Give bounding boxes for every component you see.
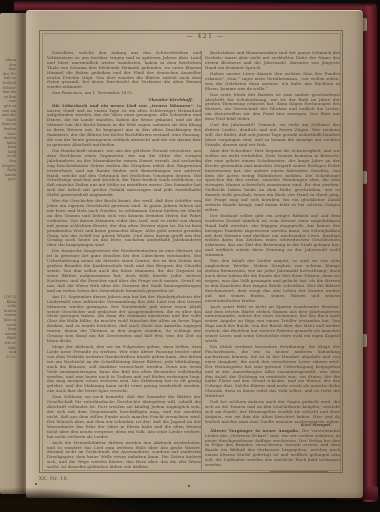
body-paragraph: Wer die Geschichte der Bucht kennt, der … — [47, 199, 201, 248]
page-curl-shadow — [0, 488, 150, 512]
body-paragraph: Am 12. September dieses Jahres nun hat b… — [47, 295, 201, 344]
body-paragraph: Aber der Schreiber! Hier beginnt die Sch… — [205, 149, 340, 213]
body-paragraph: Daß bei solchem Anlasse auch der Sagen g… — [205, 400, 340, 422]
dust-speck — [188, 485, 190, 487]
article-end-rule — [270, 471, 328, 472]
article-heading-paragraph: Die Lübeckach und ein neues Lied von „tr… — [47, 104, 201, 148]
body-paragraph: Buchstaben und Blumenranken sind der gan… — [205, 51, 340, 71]
dateline: San Francisco, am 1. November 1872. — [47, 91, 201, 96]
article-lead-text: In unsrer Stadt und an einem Tage ist ei… — [47, 103, 201, 147]
body-paragraph: Auch die Heimathblätter drüben werden de… — [47, 441, 201, 470]
page-number: — 421 — — [26, 33, 363, 40]
body-paragraph: Was den Inhalt der Lieder angeht, so sin… — [205, 259, 340, 303]
body-paragraph: Der Einband selbst gibt ein artiges Räth… — [205, 214, 340, 258]
notice-paragraph: Älterer Vorgänger in neuer Ausgabe. Die … — [205, 429, 340, 468]
text-column-left: Dieselben, welche den Anfang aus den Sch… — [47, 51, 201, 472]
book-cover-right-edge — [363, 6, 377, 502]
body-paragraph: Die Handschrift stammt, wie uns der gele… — [47, 149, 201, 198]
body-paragraph: Zum Schlusse sei noch bemerkt, daß der S… — [47, 395, 201, 439]
body-paragraph: Haben unsere Leser damals den rechten Si… — [205, 72, 340, 92]
body-paragraph: Ein Stück verdient besondere Erwähnung: … — [205, 345, 340, 399]
book-photo: Mann den hier der Fe- halt so freilich S… — [0, 0, 380, 512]
body-paragraph: Und die Jahreszahl? Gemach, sie steht am… — [205, 123, 340, 148]
body-paragraph: Das erste Stück des Bandes ist eine saub… — [205, 93, 340, 122]
journal-page: — 421 — Dieselben, welche den Anfang aus… — [26, 10, 363, 498]
paragraph-continuation: Dieselben, welche den Anfang aus den Sch… — [47, 51, 201, 90]
margin-text-fragments-top: Mann den hier der Fe- halt so freilich S… — [1, 58, 16, 182]
dust-speck — [35, 483, 37, 485]
facing-page-sliver: Mann den hier der Fe- halt so freilich S… — [0, 13, 26, 494]
body-paragraph: Auch sonst fehlt es nicht an Spuren wand… — [205, 305, 340, 344]
margin-text-fragments-bottom: (1872) Klein viele braten waren hier in … — [1, 295, 16, 359]
notice-text: Die vorstehenden Lieder des „Getreuen Ec… — [205, 428, 340, 467]
text-column-right: Buchstaben und Blumenranken sind der gan… — [205, 51, 340, 472]
column-divider-rule — [201, 51, 202, 470]
right-column-body: Buchstaben und Blumenranken sind der gan… — [205, 51, 340, 423]
sheet-signature: XX. Nr. 10. — [39, 477, 69, 482]
body-paragraph: Die classische Sangesweise der Niederdeu… — [47, 249, 201, 293]
body-paragraph: Möge der Abdruck, den wir im Folgenden g… — [47, 345, 201, 394]
